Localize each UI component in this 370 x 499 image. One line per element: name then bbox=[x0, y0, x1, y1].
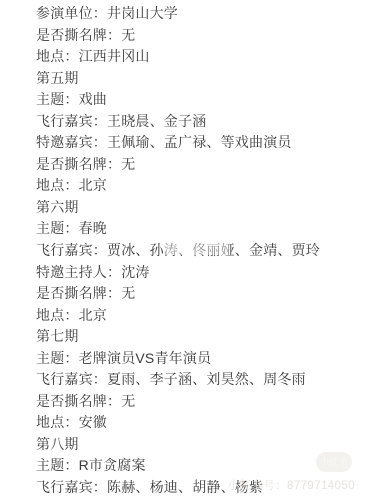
location-line: 地点：江西井冈山 bbox=[36, 46, 366, 68]
note-screenshot: { "page": { "background": "#ffffff", "te… bbox=[0, 0, 370, 499]
episode-header-line: 第六期 bbox=[36, 197, 366, 219]
episode-header-line: 第五期 bbox=[36, 68, 366, 90]
special-guests-line: 特邀嘉宾：王佩瑜、孟广禄、等戏曲演员 bbox=[36, 132, 366, 154]
participant-unit-line: 参演单位：井岗山大学 bbox=[36, 3, 366, 25]
theme-line: 主题：春晚 bbox=[36, 218, 366, 240]
nametag-line: 是否撕名牌：无 bbox=[36, 283, 366, 305]
xiaohongshu-logo-icon: 小红书 bbox=[316, 452, 352, 472]
episode-notes-document: 参演单位：井岗山大学 是否撕名牌：无 地点：江西井冈山 第五期 主题：戏曲 飞行… bbox=[36, 3, 366, 499]
episode-header-line: 第八期 bbox=[36, 434, 366, 456]
flying-guests-line: 飞行嘉宾：夏雨、李子涵、刘昊然、周冬雨 bbox=[36, 369, 366, 391]
theme-line: 主题：戏曲 bbox=[36, 89, 366, 111]
xiaohongshu-logo-text: 小红书 bbox=[320, 457, 349, 467]
episode-header-line: 第七期 bbox=[36, 326, 366, 348]
theme-line: 主题：老牌演员VS青年演员 bbox=[36, 348, 366, 370]
location-line: 地点：北京 bbox=[36, 175, 366, 197]
special-host-line: 特邀主持人：沈涛 bbox=[36, 262, 366, 284]
nametag-line: 是否撕名牌：无 bbox=[36, 391, 366, 413]
nametag-line: 是否撕名牌：无 bbox=[36, 25, 366, 47]
flying-guests-line: 飞行嘉宾：贾冰、孙涛、佟丽娅、金靖、贾玲 bbox=[36, 240, 366, 262]
location-line: 地点：北京 bbox=[36, 305, 366, 327]
flying-guests-line: 飞行嘉宾：王晓晨、金子涵 bbox=[36, 111, 366, 133]
location-line: 地点：安徽 bbox=[36, 412, 366, 434]
xiaohongshu-id-watermark: 小红书号：8779714050 bbox=[228, 477, 355, 493]
nametag-line: 是否撕名牌：无 bbox=[36, 154, 366, 176]
